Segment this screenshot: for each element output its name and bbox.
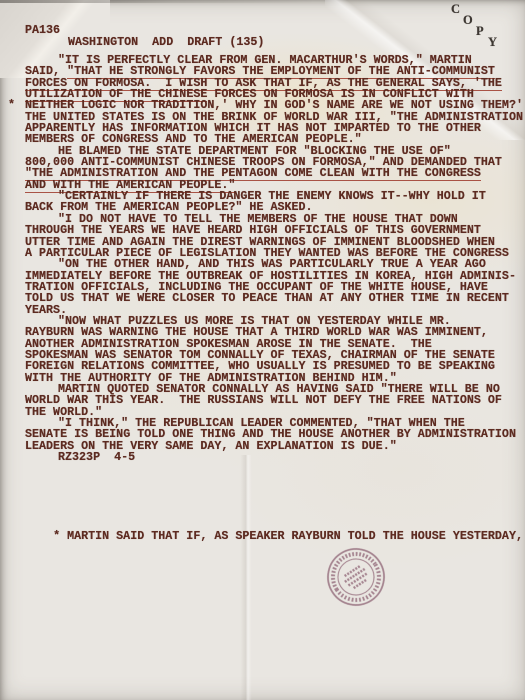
document-body: "IT IS PERFECTLY CLEAR FROM GEN. MACARTH… xyxy=(25,55,525,463)
footnote-asterisk: * xyxy=(53,529,60,543)
scanned-document-page: PA136 WASHINGTON ADD DRAFT (135) C O P Y… xyxy=(0,0,525,700)
document-line: RZ323P 4-5 xyxy=(25,452,525,463)
document-slug-line: WASHINGTON ADD DRAFT (135) xyxy=(68,35,264,49)
document-line: TOLD US THAT WE WERE CLOSER TO PEACE THA… xyxy=(25,293,525,304)
wire-id: PA136 xyxy=(25,23,60,37)
footnote-line: *MARTIN SAID THAT IF, AS SPEAKER RAYBURN… xyxy=(25,515,523,557)
copy-stamp-letter-p: P xyxy=(476,24,484,39)
stamp-center-text-line xyxy=(345,566,360,576)
stamp-center-text-line xyxy=(354,579,367,588)
copy-stamp-letter-c: C xyxy=(451,2,460,17)
margin-asterisk: * xyxy=(8,100,15,111)
vertical-crease xyxy=(238,455,254,700)
text-segment: TOLD US THAT WE WERE CLOSER TO PEACE THA… xyxy=(25,291,509,305)
text-segment: RZ323P 4-5 xyxy=(58,450,135,464)
footnote-text: MARTIN SAID THAT IF, AS SPEAKER RAYBURN … xyxy=(67,529,523,543)
scan-edge-shadow xyxy=(0,0,315,3)
stamp-center-text-line xyxy=(348,574,366,586)
copy-stamp-letter-o: O xyxy=(463,13,473,28)
circular-ink-stamp xyxy=(318,539,394,615)
copy-stamp-letter-y: Y xyxy=(488,35,497,50)
